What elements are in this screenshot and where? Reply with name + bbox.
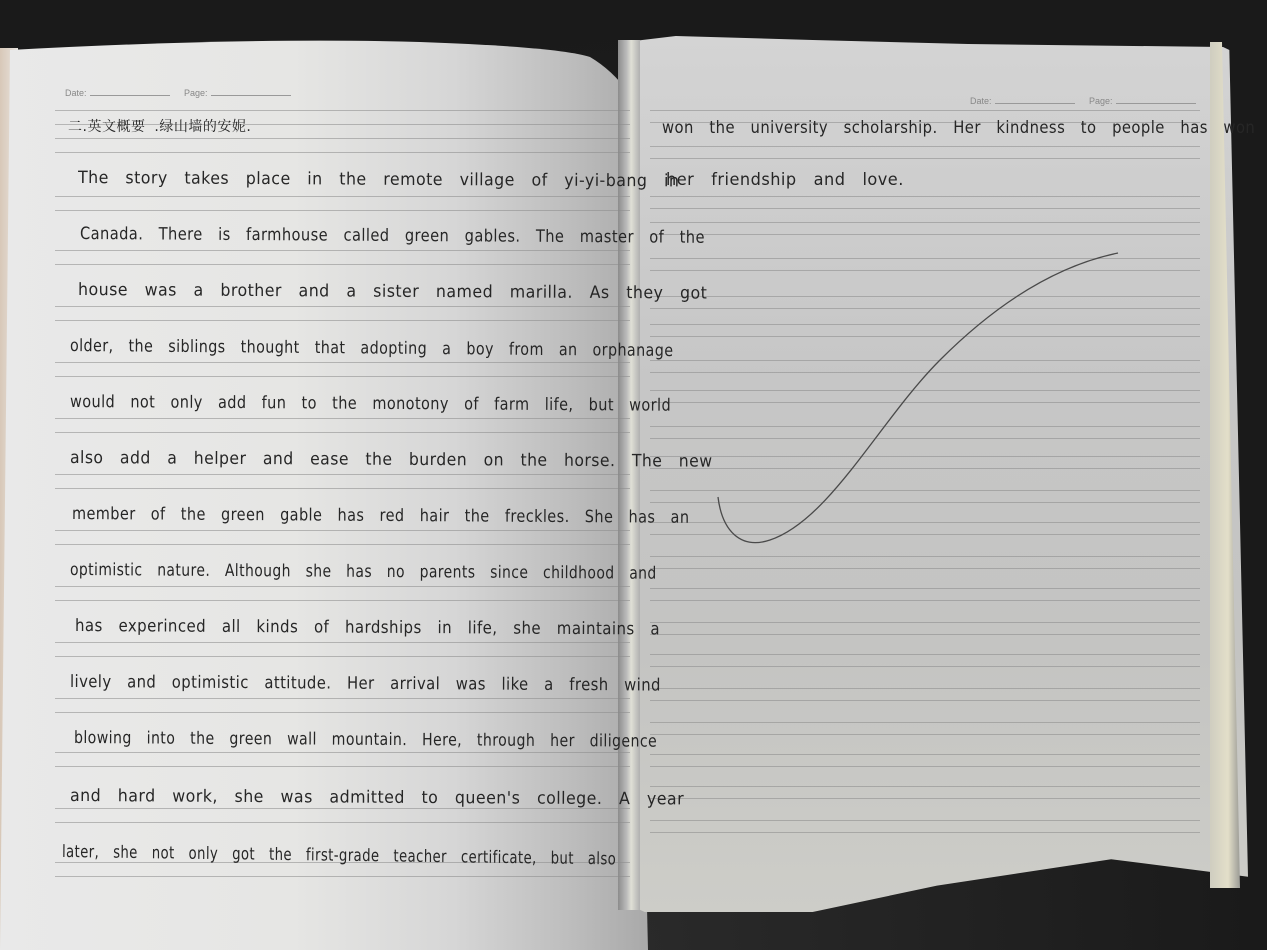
end-of-text-curve-mark — [0, 0, 1267, 950]
